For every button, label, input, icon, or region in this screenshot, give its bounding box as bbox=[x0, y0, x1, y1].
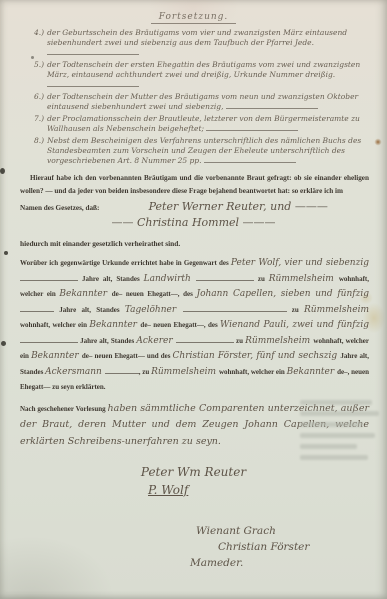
item-number: 6.) bbox=[34, 92, 44, 101]
deed-segment: wohnhaft, welcher ein bbox=[219, 368, 287, 376]
deed-segment: Ackerer bbox=[136, 336, 176, 346]
document-items-list: 4.)der Geburtsschein des Bräutigams vom … bbox=[34, 28, 369, 166]
deed-segment: Tagelöhner bbox=[125, 305, 183, 315]
reading-printed: Nach geschehener Vorlesung bbox=[20, 405, 108, 413]
deed-segment: Bekannter bbox=[31, 351, 82, 361]
paper-speck bbox=[4, 251, 8, 255]
document-list-item: 4.)der Geburtsschein des Bräutigams vom … bbox=[34, 28, 369, 58]
item-number: 5.) bbox=[34, 60, 44, 69]
deed-segment: Bekannter bbox=[89, 320, 140, 330]
deed-segment: de– neuen Ehegatt––, des bbox=[140, 321, 220, 329]
deed-segment: Jahre alt, Standes bbox=[78, 337, 136, 345]
item-text: der Todtenschein der ersten Ehegattin de… bbox=[47, 60, 360, 79]
document-list-item: 7.)der Proclamationsschein der Brautleut… bbox=[34, 114, 369, 134]
item-number: 4.) bbox=[34, 28, 44, 37]
deed-segment bbox=[176, 335, 234, 343]
fill-line bbox=[47, 80, 139, 87]
fill-line bbox=[206, 124, 298, 131]
page-heading: Fortsetzung. bbox=[151, 12, 237, 24]
witness-signature: Mameder. bbox=[190, 555, 387, 571]
groom-name: Peter Werner Reuter, und bbox=[107, 200, 369, 213]
bleed-line bbox=[300, 411, 379, 416]
fill-line bbox=[47, 48, 139, 55]
deed-segment: de– neuen Ehegatt–– und des bbox=[82, 352, 173, 360]
ink-bleed-through bbox=[300, 400, 384, 460]
deed-segment: Peter Wolf, vier und siebenzig bbox=[231, 258, 369, 268]
deed-segment: Bekannter bbox=[59, 289, 111, 299]
deed-segment: , zu bbox=[139, 368, 151, 376]
deed-segment: Bekannter bbox=[287, 367, 337, 377]
deed-segment: Ackersmann bbox=[45, 367, 105, 377]
document-list-item: 6.)der Todtenschein der Mutter des Bräut… bbox=[34, 92, 369, 112]
deed-segment: zu bbox=[254, 275, 269, 283]
bleed-line bbox=[300, 433, 375, 438]
declaration-printed-text: Hierauf habe ich den vorbenannten Bräuti… bbox=[20, 172, 369, 198]
deed-segment: Jahre alt, Standes bbox=[78, 275, 144, 283]
wolf-signature-row: P. Wolf bbox=[0, 479, 387, 497]
witness-signature: Wienant Grach bbox=[196, 523, 387, 539]
item-number: 7.) bbox=[34, 114, 44, 123]
deed-segment bbox=[183, 304, 287, 312]
deed-segment bbox=[20, 335, 78, 343]
bleed-line bbox=[300, 400, 372, 405]
item-text: der Proclamationsschein der Brautleute, … bbox=[47, 114, 360, 133]
bleed-line bbox=[300, 455, 368, 460]
fill-line bbox=[204, 156, 296, 163]
fill-line bbox=[226, 102, 318, 109]
deed-segment bbox=[20, 304, 54, 312]
deed-segment: Christian Förster, fünf und sechszig bbox=[173, 351, 341, 361]
deed-segment: Johann Capellen, sieben und fünfzig bbox=[196, 289, 369, 299]
item-number: 8.) bbox=[34, 136, 44, 145]
deed-segment: wohnhaft, welcher ein bbox=[20, 321, 89, 329]
deed-segment: Rümmelsheim bbox=[245, 336, 313, 346]
deed-segment: Jahre alt, Standes bbox=[54, 306, 125, 314]
deed-segment: Rümmelsheim bbox=[151, 367, 219, 377]
signature-group: Wienant Grach Christian Förster Mameder. bbox=[190, 523, 387, 571]
declaration-printed-lead: Namen des Gesetzes, daß: bbox=[20, 204, 99, 212]
groom-signature: Peter Wm Reuter bbox=[0, 465, 387, 479]
deed-segment: de– neuen Ehegatt––, des bbox=[112, 290, 197, 298]
declaration-closing: hiedurch mit einander gesetzlich verheir… bbox=[20, 239, 369, 248]
deed-segment: Wienand Pauli, zwei und fünfzig bbox=[220, 320, 369, 330]
deed-segment bbox=[20, 273, 78, 281]
witness-paragraph: Worüber ich gegenwärtige Urkunde erricht… bbox=[20, 256, 369, 396]
document-list-item: 8.)Nebst dem Bescheinigen des Verfahrens… bbox=[34, 136, 369, 166]
marriage-record-page: Fortsetzung. 4.)der Geburtsschein des Br… bbox=[0, 0, 387, 599]
paper-speck bbox=[0, 168, 5, 174]
bride-name: Christina Hommel bbox=[30, 216, 357, 229]
paper-speck bbox=[1, 341, 6, 346]
heading-wrap: Fortsetzung. bbox=[0, 0, 387, 24]
deed-segment: Worüber ich gegenwärtige Urkunde erricht… bbox=[20, 259, 231, 267]
item-text: der Geburtsschein des Bräutigams vom vie… bbox=[47, 28, 347, 47]
bleed-line bbox=[300, 422, 363, 427]
document-list-item: 5.)der Todtenschein der ersten Ehegattin… bbox=[34, 60, 369, 90]
declaration-names-line: Namen des Gesetzes, daß: Peter Werner Re… bbox=[20, 200, 369, 213]
deed-segment: Rümmelsheim bbox=[269, 274, 339, 284]
deed-segment: zu bbox=[287, 306, 305, 314]
deed-segment bbox=[196, 273, 254, 281]
deed-segment: Landwirth bbox=[144, 274, 196, 284]
bleed-line bbox=[300, 444, 357, 449]
deed-segment bbox=[105, 366, 139, 374]
deed-segment: zu bbox=[234, 337, 245, 345]
deed-segment: Rümmelsheim bbox=[304, 305, 369, 315]
witness-wolf-signature: P. Wolf bbox=[148, 483, 188, 497]
witness-signature: Christian Förster bbox=[218, 539, 387, 555]
